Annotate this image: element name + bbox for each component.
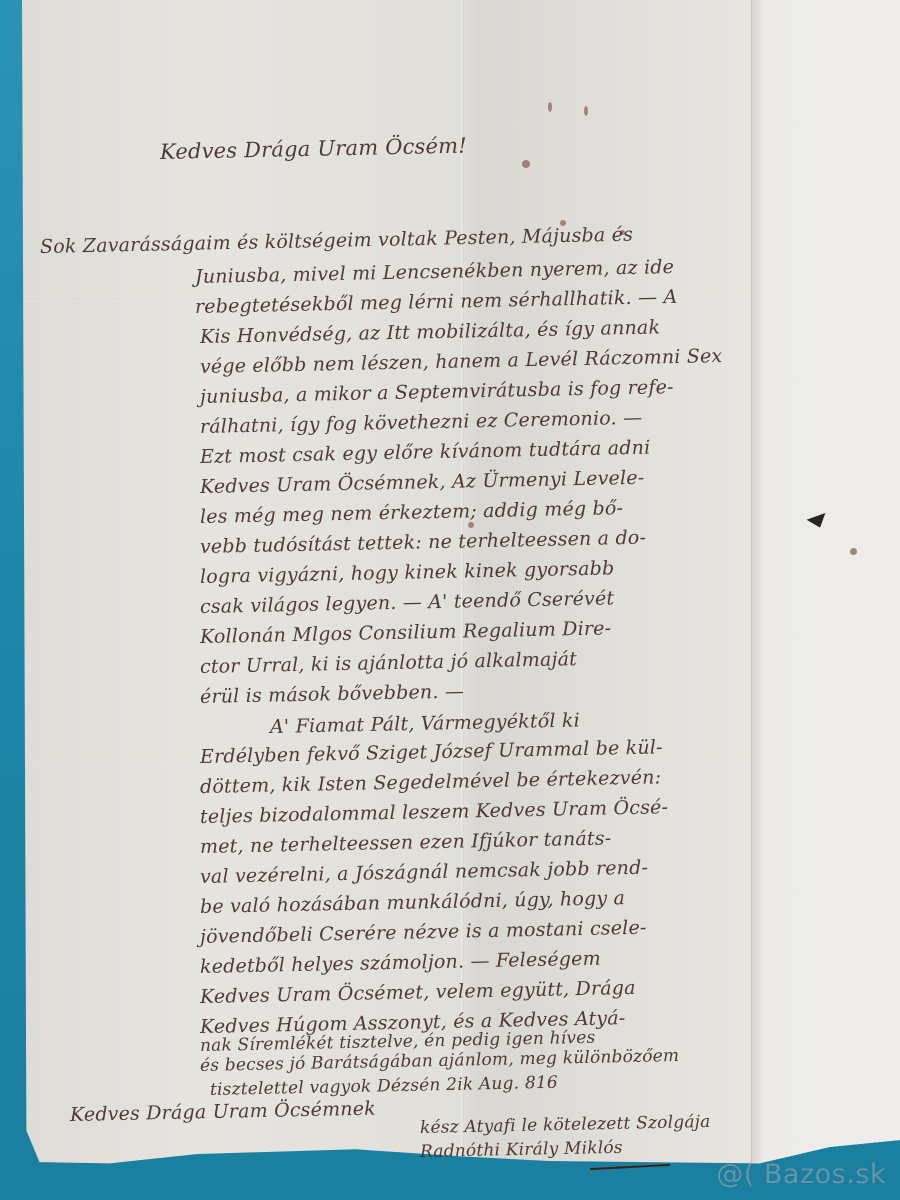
ink-stain [522, 160, 530, 168]
ink-stain [468, 522, 474, 528]
bazos-watermark: @( Bazos.sk [716, 1159, 886, 1190]
folded-right-flap [751, 0, 900, 1168]
ink-stain [548, 102, 552, 112]
ink-stain [850, 548, 857, 555]
signature: Radnóthi Király Miklós [420, 1138, 623, 1162]
ink-stain [584, 106, 588, 116]
